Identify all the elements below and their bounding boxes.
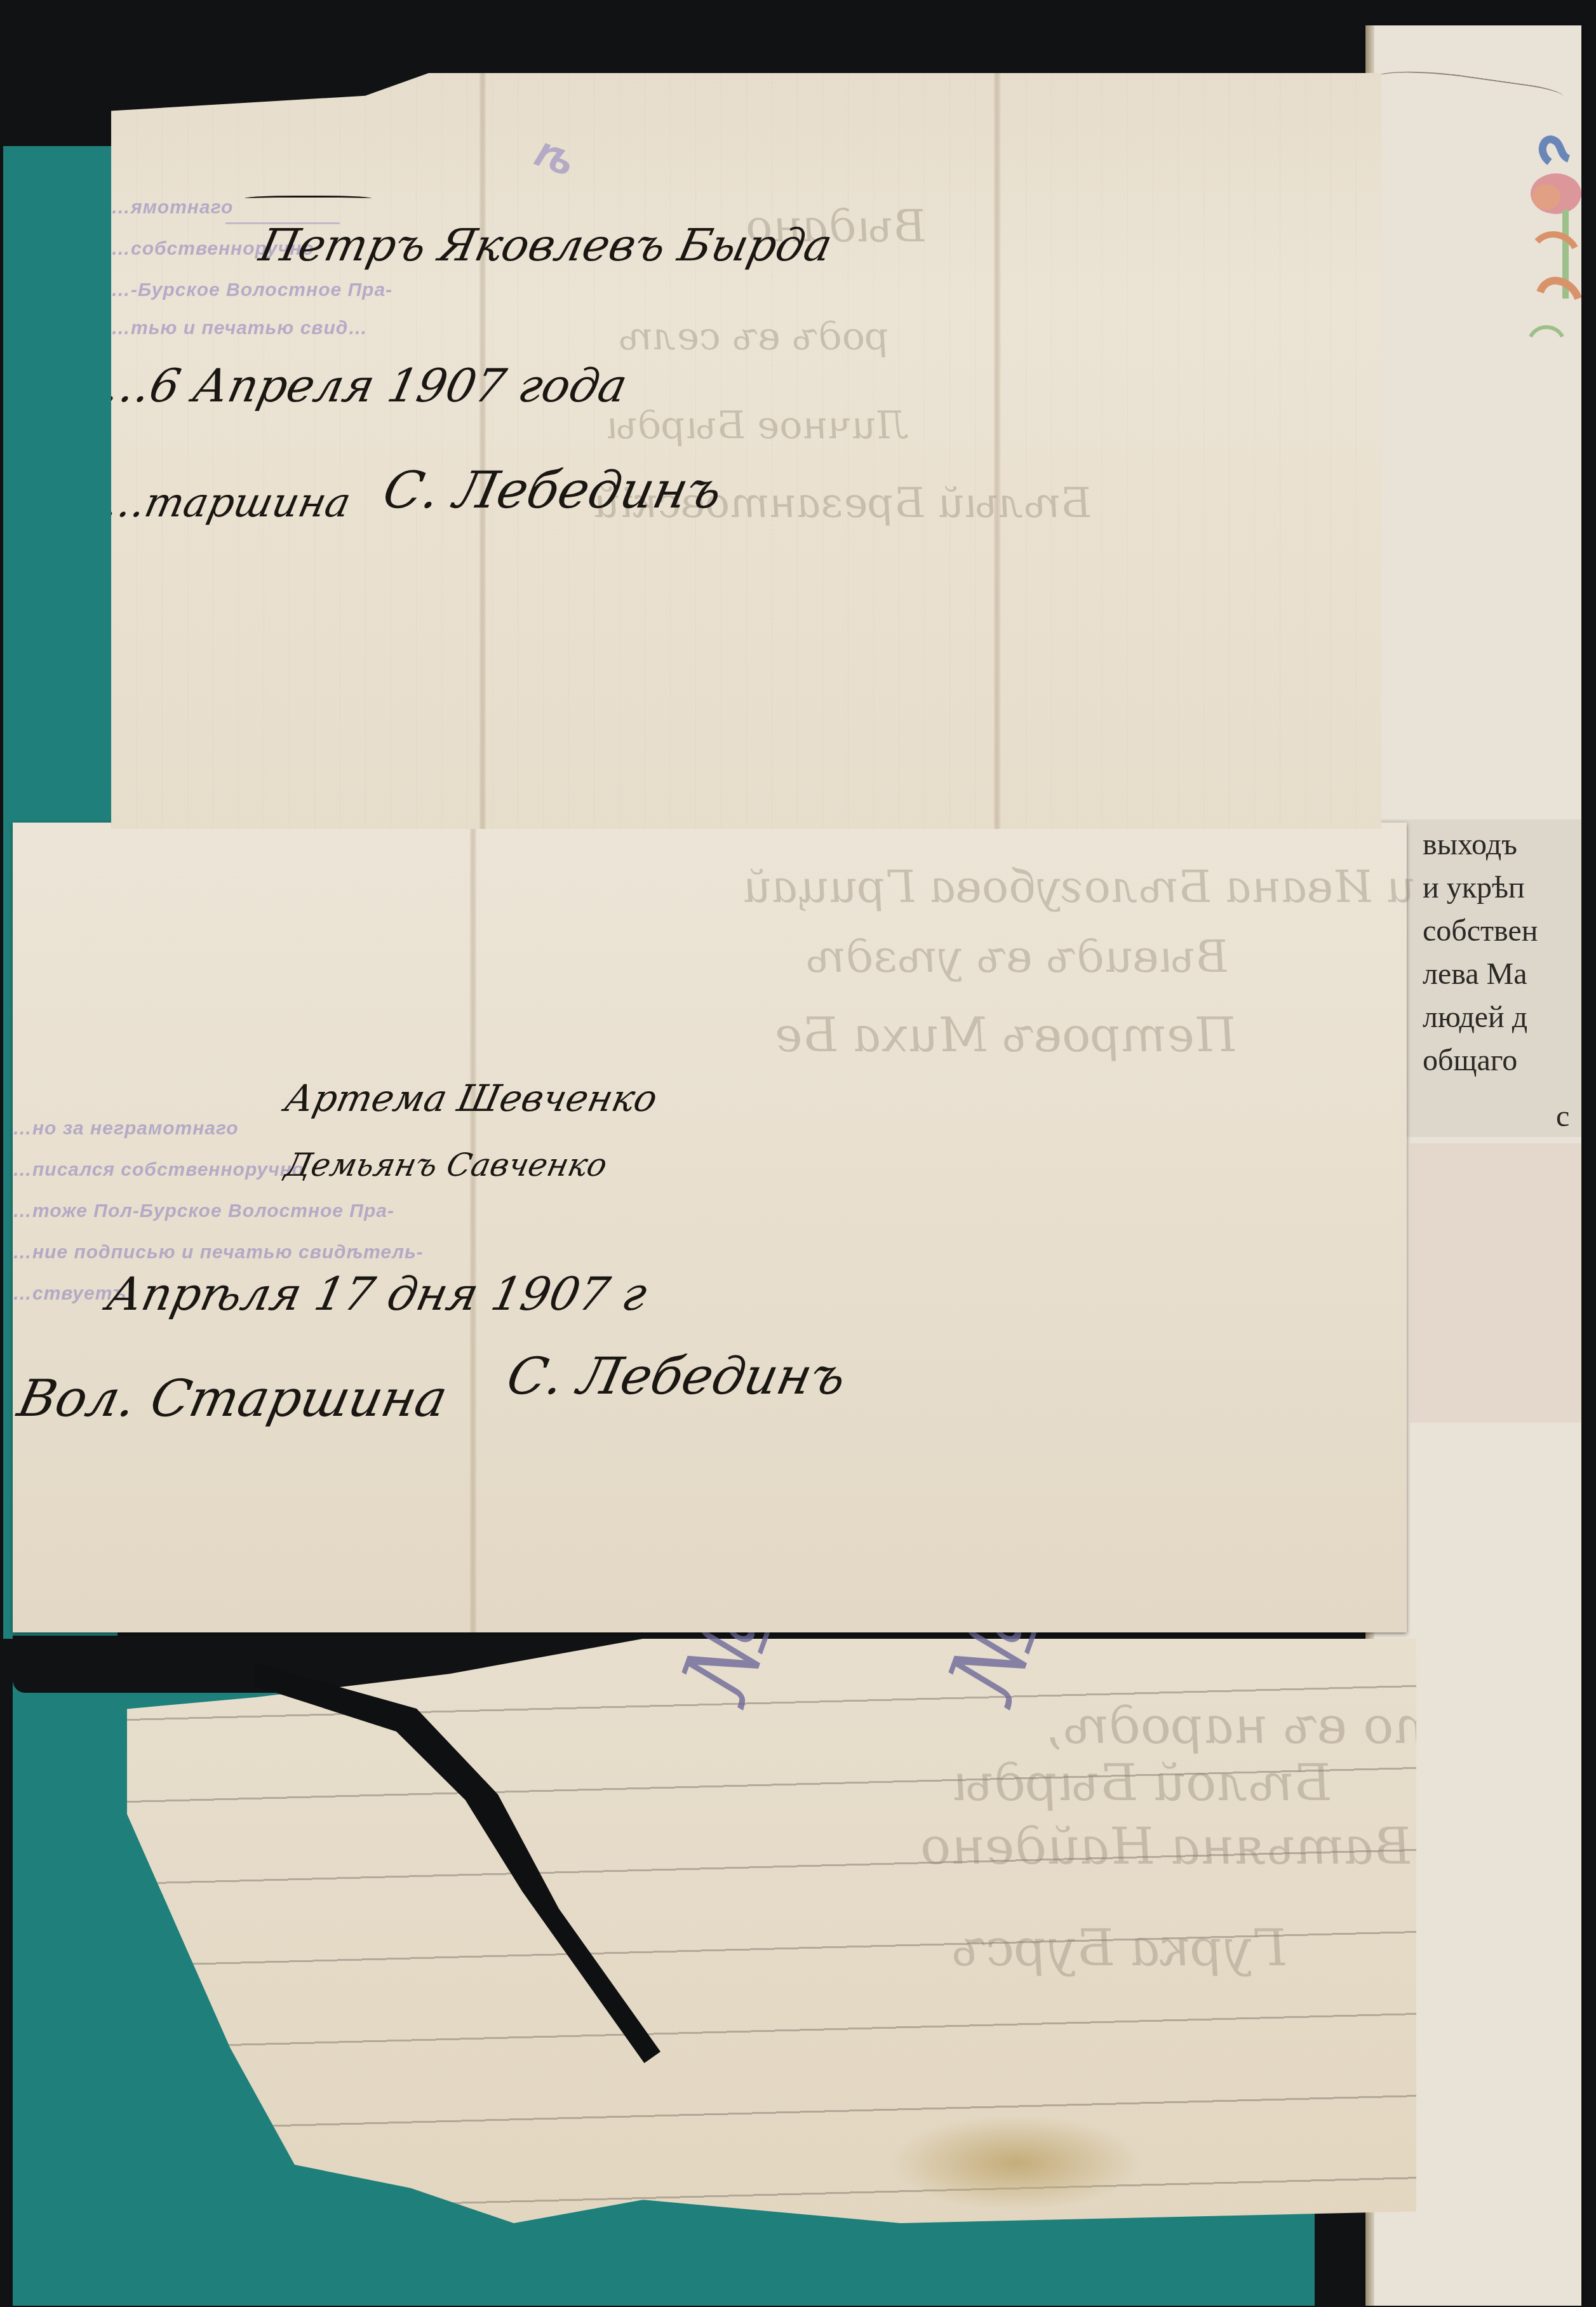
lower-pink-region: [1410, 1143, 1581, 1423]
middle-date: Апрѣля 17 дня 1907 г: [102, 1267, 652, 1321]
top-signature: С. Лебединъ: [378, 461, 727, 520]
bleedthrough-top-2: родъ въ селѣ: [616, 314, 893, 359]
printed-line-7: с: [1556, 1099, 1569, 1134]
lower-lined-sheet: Что въ народѣ, Бѣлой Бырды Ватьяна Найде…: [127, 1639, 1416, 2223]
person-name: Петръ Яковлевъ Бырда: [255, 219, 836, 271]
printed-line-5: людей д: [1423, 1000, 1527, 1035]
middle-signature: С. Лебединъ: [502, 1347, 851, 1406]
fold-line: [470, 823, 476, 1632]
bleedthrough-3: Петровъ Миха Бе: [771, 1007, 1240, 1063]
bleedthrough-line-4: Гурка Бурсъ: [948, 1918, 1291, 1977]
ink-mark-violet: ѣ: [529, 125, 582, 186]
top-certificate-sheet: Выдано родъ въ селѣ Личное Бырды Бѣлый Б…: [111, 73, 1381, 829]
middle-certificate-sheet: и Ивана Бѣлогубова Грицай Вывидъ въ уѣзд…: [13, 823, 1407, 1632]
stamp-line-3: …тоже Пол-Бурское Волостное Пра-: [13, 1201, 394, 1222]
printed-line-3: собствен: [1423, 913, 1538, 949]
stamp-line-3: …-Бурское Волостное Пра-: [111, 279, 392, 301]
printed-line-2: и укрѣп: [1423, 870, 1525, 906]
bleedthrough-line-2: Бѣлой Бырды: [948, 1753, 1336, 1812]
printed-line-4: лева Ма: [1423, 957, 1527, 992]
middle-signature-title: Вол. Старшина: [13, 1369, 452, 1428]
printed-line-6: общаго: [1423, 1043, 1517, 1079]
stamp-line-1: …но за неграмотнаго: [13, 1118, 239, 1140]
top-signature-title: …таршина: [100, 480, 355, 527]
bleedthrough-top-3: Личное Бырды: [603, 403, 911, 448]
bleedthrough-top: и Ивана Бѣлогубова Грицай: [739, 861, 1419, 913]
printed-line-1: выходъ: [1423, 827, 1517, 863]
fold-line-1: [479, 73, 486, 829]
handwritten-line: [245, 196, 372, 203]
stamp-line-1: …ямотнаго: [111, 197, 233, 219]
bleedthrough-2: Вывидъ въ уѣздѣ: [803, 931, 1231, 983]
top-date: …6 Апреля 1907 года: [99, 359, 632, 412]
stain: [889, 2115, 1143, 2210]
fold-line-2: [994, 73, 1000, 829]
stamp-line-4: …ние подписью и печатью свидѣтель-: [13, 1242, 424, 1263]
witness-1-name: Артема Шевченко: [281, 1077, 661, 1120]
stamp-line-4: …тью и печатью свид…: [111, 318, 368, 339]
floral-ornament-icon: [1524, 133, 1581, 343]
bleedthrough-line-3: Ватьяна Найдено: [916, 1817, 1416, 1876]
pencil-curve: [1371, 63, 1564, 122]
stamp-line-2: …писался собственноручно: [13, 1159, 304, 1181]
witness-2-name: Демьянъ Савченко: [282, 1147, 610, 1183]
